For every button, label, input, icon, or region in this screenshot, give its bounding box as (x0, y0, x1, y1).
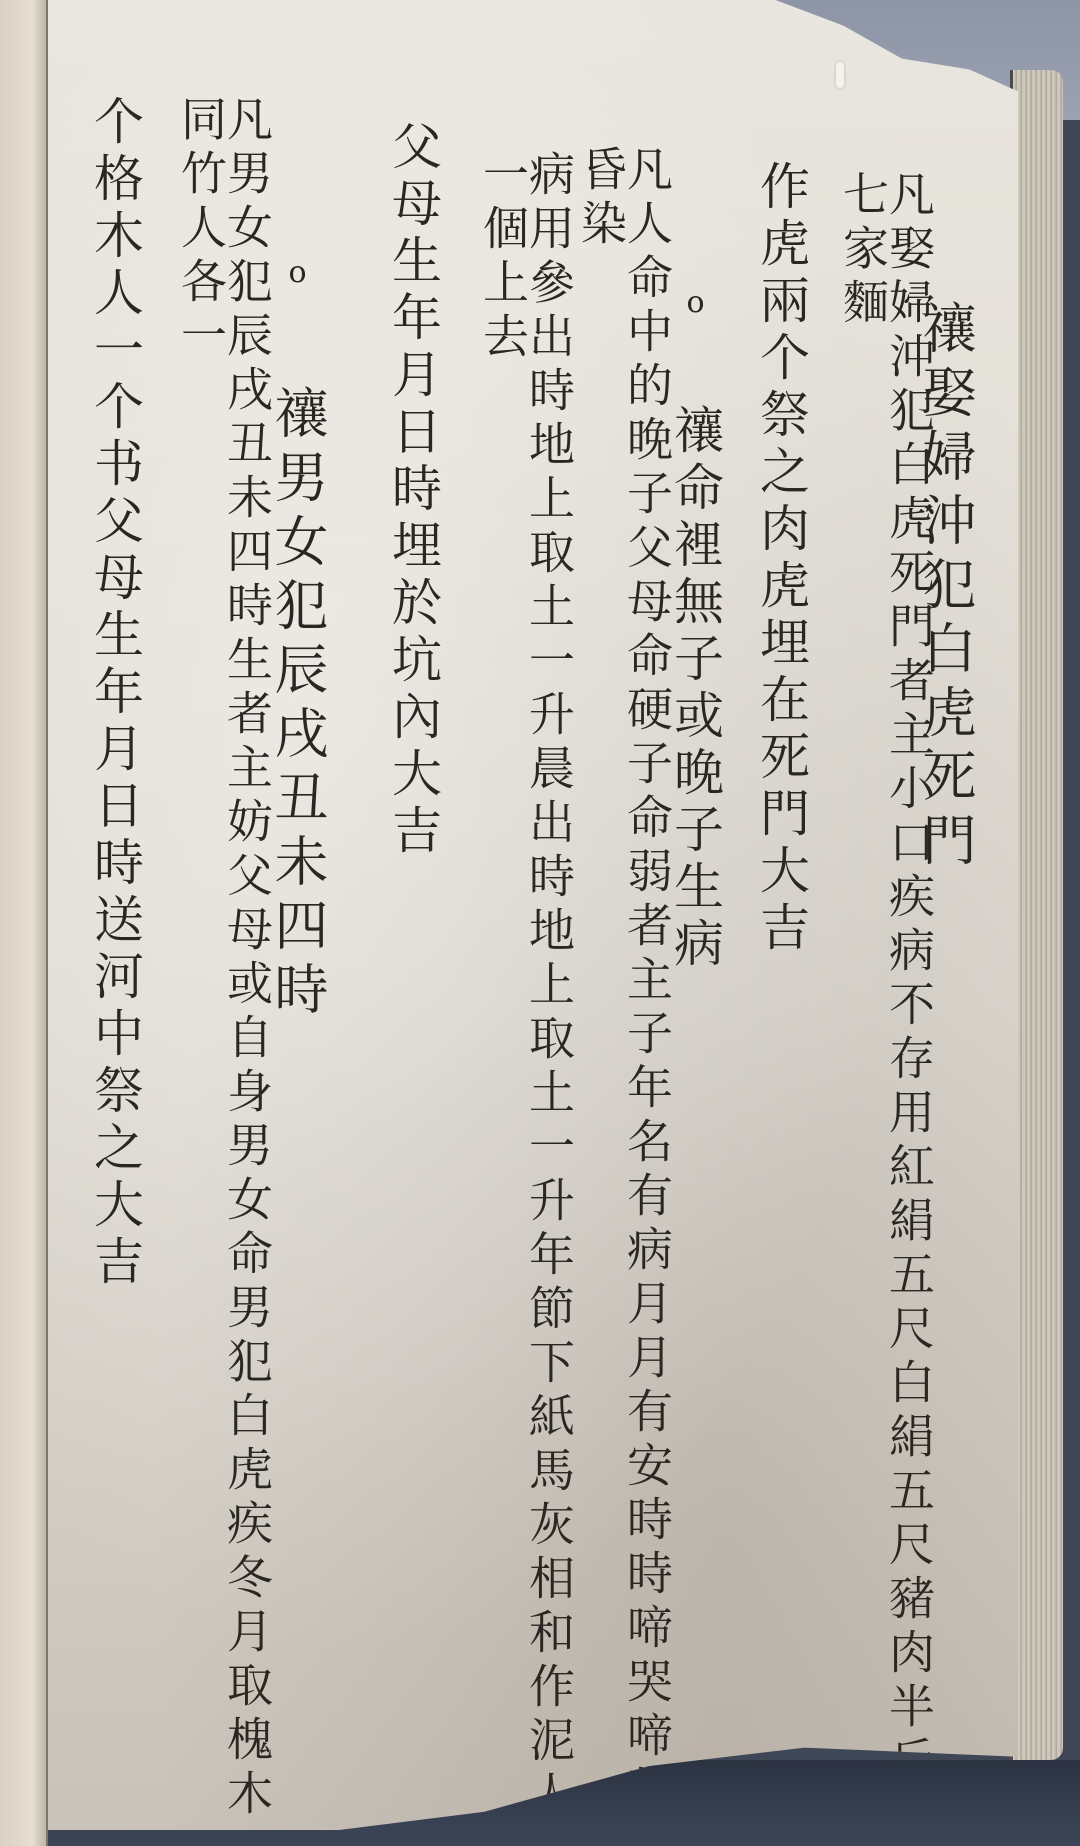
manuscript-page: 禳娶婦沖犯白虎死門 凡娶婦沖犯白虎死門者主小口疾病不存用紅絹五尺白絹五尺豬肉半斤… (48, 0, 1018, 1830)
column-text: 凡男女犯辰戌丑未四時生者主妨父母或自身男女命男犯白虎疾冬月取槐木同竹人各一 (174, 95, 274, 1823)
column-body-7: 父母生年月日時埋於坑內大吉 (388, 120, 438, 861)
column-body-5: 凡人命中的晚子父母命硬子命弱者主子年名有病月月有安時時啼哭啼聲昏染 (578, 145, 670, 1830)
column-body-10: 个格木人一个书父母生年月日時送河中祭之大吉 (90, 95, 140, 1292)
left-page-edge (0, 0, 48, 1846)
column-text: 禳命裡無子或晚子生病 (666, 404, 724, 974)
column-text: 凡娶婦沖犯白虎死門者主小口疾病不存用紅絹五尺白絹五尺豬肉半斤七家麵 (836, 170, 936, 1790)
section-marker-icon: o (680, 285, 710, 327)
column-text: 作虎兩个祭之肉虎埋在死門大吉 (752, 160, 810, 958)
column-body-2: 凡娶婦沖犯白虎死門者主小口疾病不存用紅絹五尺白絹五尺豬肉半斤七家麵 (840, 170, 932, 1830)
column-text: 个格木人一个书父母生年月日時送河中祭之大吉 (86, 95, 144, 1292)
binding-hole (836, 62, 844, 88)
column-heading-8: o 禳男女犯辰戌丑未四時 (270, 255, 324, 1025)
column-heading-4: o 禳命裡無子或晚子生病 (670, 285, 720, 974)
section-marker-icon: o (282, 255, 312, 300)
column-text: 凡人命中的晚子父母命硬子命弱者主子年名有病月月有安時時啼哭啼聲昏染 (574, 145, 674, 1819)
column-body-9: 凡男女犯辰戌丑未四時生者主妨父母或自身男女命男犯白虎疾冬月取槐木同竹人各一 (178, 95, 270, 1830)
column-body-6: 病用參出時地上取土一升晨出時地上取土一升年節下紙馬灰相和作泥人一個上去 (480, 150, 572, 1830)
column-text: 禳男女犯辰戌丑未四時 (266, 385, 329, 1025)
column-text: 父母生年月日時埋於坑內大吉 (384, 120, 442, 861)
column-text: 病用參出時地上取土一升晨出時地上取土一升年節下紙馬灰相和作泥人一個上去 (476, 150, 576, 1824)
column-body-3: 作虎兩个祭之肉虎埋在死門大吉 (756, 160, 806, 958)
